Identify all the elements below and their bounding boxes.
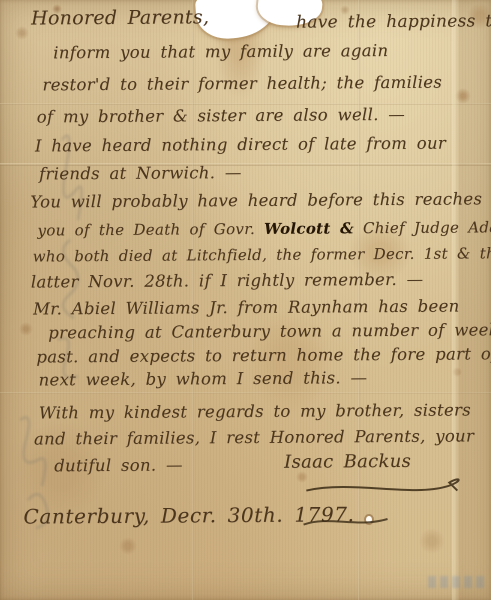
letter-line: restor'd to their former health; the fam… (42, 73, 442, 95)
letter-line: I have heard nothing direct of late from… (35, 134, 446, 156)
dateline: Canterbury, Decr. 30th. 1797. (23, 502, 354, 528)
letter-line: and their families, I rest Honored Paren… (34, 426, 474, 448)
salutation: Honored Parents, (31, 6, 209, 29)
emphasized-name: Wolcott & (264, 219, 354, 238)
letter-line: latter Novr. 28th. if I rightly remember… (31, 270, 424, 292)
letter-line: dutiful son. — (54, 455, 183, 475)
letter-line: friends at Norwich. — (39, 163, 242, 183)
letter-line: With my kindest regards to my brother, s… (39, 400, 471, 422)
letter-line: of my brother & sister are also well. — (37, 105, 405, 127)
letter-line: next week, by whom I send this. — (38, 368, 367, 389)
letter-scan: Honored Parents, have the happiness to i… (0, 0, 491, 600)
letter-line: inform you that my family are again (53, 41, 388, 62)
signature-flourish (301, 474, 471, 499)
letter-line: preaching at Canterbury town a number of… (48, 320, 491, 342)
letter-line: You will probably have heard before this… (30, 189, 482, 211)
letter-line: Mr. Abiel Williams Jr. from Raynham has … (33, 297, 460, 319)
signature: Isaac Backus (284, 451, 411, 473)
line-segment: you of the Death of Govr. (37, 220, 264, 240)
letter-line: you of the Death of Govr. Wolcott & Chie… (37, 218, 491, 239)
letter-line: have the happiness to (296, 11, 491, 32)
letter-line: who both died at Litchfield, the former … (33, 244, 491, 265)
line-segment: Chief Judge Adams (354, 218, 491, 237)
letter-body: Honored Parents, have the happiness to i… (0, 0, 491, 600)
letter-line: past. and expects to return home the for… (36, 344, 491, 366)
